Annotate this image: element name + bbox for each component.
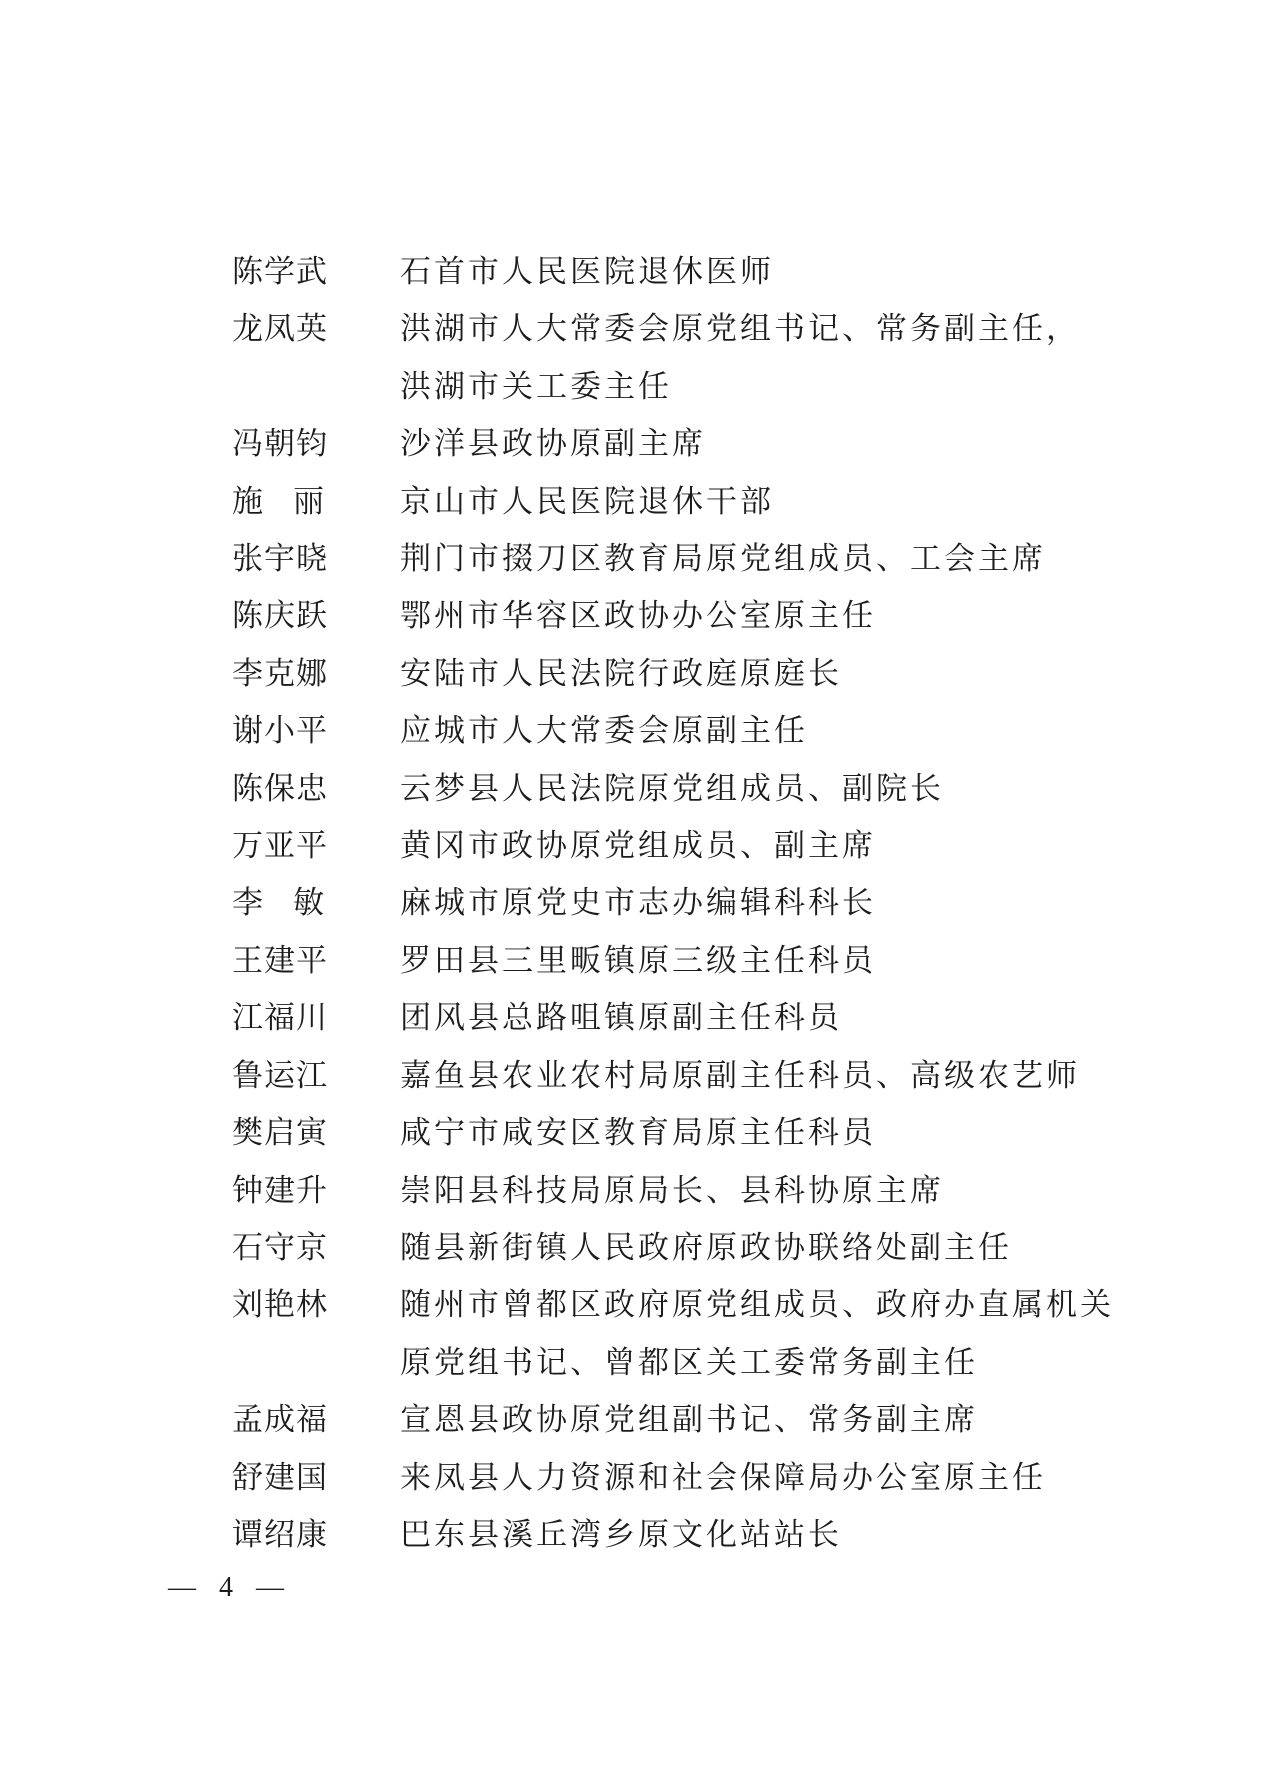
- list-item: 谭绍康巴东县溪丘湾乡原文化站站长: [232, 1507, 1132, 1564]
- person-title: 咸宁市咸安区教育局原主任科员: [400, 1105, 1132, 1162]
- person-name: 舒建国: [232, 1450, 400, 1507]
- title-line: 团风县总路咀镇原副主任科员: [400, 990, 1132, 1047]
- person-name: 江福川: [232, 990, 400, 1047]
- person-title: 应城市人大常委会原副主任: [400, 703, 1132, 760]
- list-item: 江福川团风县总路咀镇原副主任科员: [232, 990, 1132, 1047]
- person-title: 沙洋县政协原副主席: [400, 416, 1132, 473]
- person-title: 安陆市人民法院行政庭原庭长: [400, 646, 1132, 703]
- person-name: 樊启寅: [232, 1105, 400, 1162]
- person-title: 荆门市掇刀区教育局原党组成员、工会主席: [400, 531, 1132, 588]
- person-name: 陈庆跃: [232, 588, 400, 645]
- person-title: 巴东县溪丘湾乡原文化站站长: [400, 1507, 1132, 1564]
- list-item: 施丽京山市人民医院退休干部: [232, 474, 1132, 531]
- person-name: 龙凤英: [232, 301, 400, 358]
- list-item: 王建平罗田县三里畈镇原三级主任科员: [232, 933, 1132, 990]
- list-item: 李敏麻城市原党史市志办编辑科科长: [232, 875, 1132, 932]
- person-name: 冯朝钧: [232, 416, 400, 473]
- person-name: 陈学武: [232, 244, 400, 301]
- title-line: 安陆市人民法院行政庭原庭长: [400, 646, 1132, 703]
- title-line: 黄冈市政协原党组成员、副主席: [400, 818, 1132, 875]
- title-line: 随县新街镇人民政府原政协联络处副主任: [400, 1220, 1132, 1277]
- honoree-list: 陈学武石首市人民医院退休医师龙凤英洪湖市人大常委会原党组书记、常务副主任，洪湖市…: [232, 244, 1132, 1564]
- person-name: 施丽: [232, 474, 400, 531]
- list-item: 樊启寅咸宁市咸安区教育局原主任科员: [232, 1105, 1132, 1162]
- person-title: 随县新街镇人民政府原政协联络处副主任: [400, 1220, 1132, 1277]
- person-title: 来凤县人力资源和社会保障局办公室原主任: [400, 1450, 1132, 1507]
- person-name: 刘艳林: [232, 1277, 400, 1334]
- person-name: 李敏: [232, 875, 400, 932]
- title-line: 京山市人民医院退休干部: [400, 474, 1132, 531]
- person-name: 谭绍康: [232, 1507, 400, 1564]
- page-number: — 4 —: [168, 1568, 292, 1608]
- person-title: 洪湖市人大常委会原党组书记、常务副主任，洪湖市关工委主任: [400, 301, 1132, 416]
- title-line: 麻城市原党史市志办编辑科科长: [400, 875, 1132, 932]
- person-title: 京山市人民医院退休干部: [400, 474, 1132, 531]
- person-title: 石首市人民医院退休医师: [400, 244, 1132, 301]
- list-item: 孟成福宣恩县政协原党组副书记、常务副主席: [232, 1392, 1132, 1449]
- list-item: 万亚平黄冈市政协原党组成员、副主席: [232, 818, 1132, 875]
- title-line: 宣恩县政协原党组副书记、常务副主席: [400, 1392, 1132, 1449]
- list-item: 冯朝钧沙洋县政协原副主席: [232, 416, 1132, 473]
- list-item: 钟建升崇阳县科技局原局长、县科协原主席: [232, 1163, 1132, 1220]
- person-title: 嘉鱼县农业农村局原副主任科员、高级农艺师: [400, 1048, 1132, 1105]
- person-name: 孟成福: [232, 1392, 400, 1449]
- person-title: 黄冈市政协原党组成员、副主席: [400, 818, 1132, 875]
- list-item: 张宇晓荆门市掇刀区教育局原党组成员、工会主席: [232, 531, 1132, 588]
- title-line: 鄂州市华容区政协办公室原主任: [400, 588, 1132, 645]
- list-item: 李克娜安陆市人民法院行政庭原庭长: [232, 646, 1132, 703]
- list-item: 谢小平应城市人大常委会原副主任: [232, 703, 1132, 760]
- title-line: 沙洋县政协原副主席: [400, 416, 1132, 473]
- person-name: 王建平: [232, 933, 400, 990]
- person-name: 石守京: [232, 1220, 400, 1277]
- person-title: 崇阳县科技局原局长、县科协原主席: [400, 1163, 1132, 1220]
- title-line: 洪湖市关工委主任: [400, 359, 1132, 416]
- list-item: 陈学武石首市人民医院退休医师: [232, 244, 1132, 301]
- person-title: 麻城市原党史市志办编辑科科长: [400, 875, 1132, 932]
- title-line: 云梦县人民法院原党组成员、副院长: [400, 761, 1132, 818]
- list-item: 陈保忠云梦县人民法院原党组成员、副院长: [232, 761, 1132, 818]
- title-line: 咸宁市咸安区教育局原主任科员: [400, 1105, 1132, 1162]
- person-name: 谢小平: [232, 703, 400, 760]
- list-item: 石守京随县新街镇人民政府原政协联络处副主任: [232, 1220, 1132, 1277]
- person-title: 随州市曾都区政府原党组成员、政府办直属机关原党组书记、曾都区关工委常务副主任: [400, 1277, 1132, 1392]
- title-line: 荆门市掇刀区教育局原党组成员、工会主席: [400, 531, 1132, 588]
- document-page: 陈学武石首市人民医院退休医师龙凤英洪湖市人大常委会原党组书记、常务副主任，洪湖市…: [0, 0, 1267, 1792]
- title-line: 来凤县人力资源和社会保障局办公室原主任: [400, 1450, 1132, 1507]
- person-name: 李克娜: [232, 646, 400, 703]
- person-name: 鲁运江: [232, 1048, 400, 1105]
- title-line: 原党组书记、曾都区关工委常务副主任: [400, 1335, 1132, 1392]
- title-line: 巴东县溪丘湾乡原文化站站长: [400, 1507, 1132, 1564]
- list-item: 鲁运江嘉鱼县农业农村局原副主任科员、高级农艺师: [232, 1048, 1132, 1105]
- title-line: 石首市人民医院退休医师: [400, 244, 1132, 301]
- title-line: 崇阳县科技局原局长、县科协原主席: [400, 1163, 1132, 1220]
- list-item: 刘艳林随州市曾都区政府原党组成员、政府办直属机关原党组书记、曾都区关工委常务副主…: [232, 1277, 1132, 1392]
- person-name: 万亚平: [232, 818, 400, 875]
- list-item: 龙凤英洪湖市人大常委会原党组书记、常务副主任，洪湖市关工委主任: [232, 301, 1132, 416]
- title-line: 嘉鱼县农业农村局原副主任科员、高级农艺师: [400, 1048, 1132, 1105]
- person-name: 陈保忠: [232, 761, 400, 818]
- person-title: 宣恩县政协原党组副书记、常务副主席: [400, 1392, 1132, 1449]
- person-title: 团风县总路咀镇原副主任科员: [400, 990, 1132, 1047]
- person-title: 云梦县人民法院原党组成员、副院长: [400, 761, 1132, 818]
- title-line: 罗田县三里畈镇原三级主任科员: [400, 933, 1132, 990]
- person-name: 钟建升: [232, 1163, 400, 1220]
- person-name: 张宇晓: [232, 531, 400, 588]
- title-line: 应城市人大常委会原副主任: [400, 703, 1132, 760]
- person-title: 鄂州市华容区政协办公室原主任: [400, 588, 1132, 645]
- list-item: 舒建国来凤县人力资源和社会保障局办公室原主任: [232, 1450, 1132, 1507]
- title-line: 随州市曾都区政府原党组成员、政府办直属机关: [400, 1277, 1132, 1334]
- person-title: 罗田县三里畈镇原三级主任科员: [400, 933, 1132, 990]
- title-line: 洪湖市人大常委会原党组书记、常务副主任，: [400, 301, 1132, 358]
- list-item: 陈庆跃鄂州市华容区政协办公室原主任: [232, 588, 1132, 645]
